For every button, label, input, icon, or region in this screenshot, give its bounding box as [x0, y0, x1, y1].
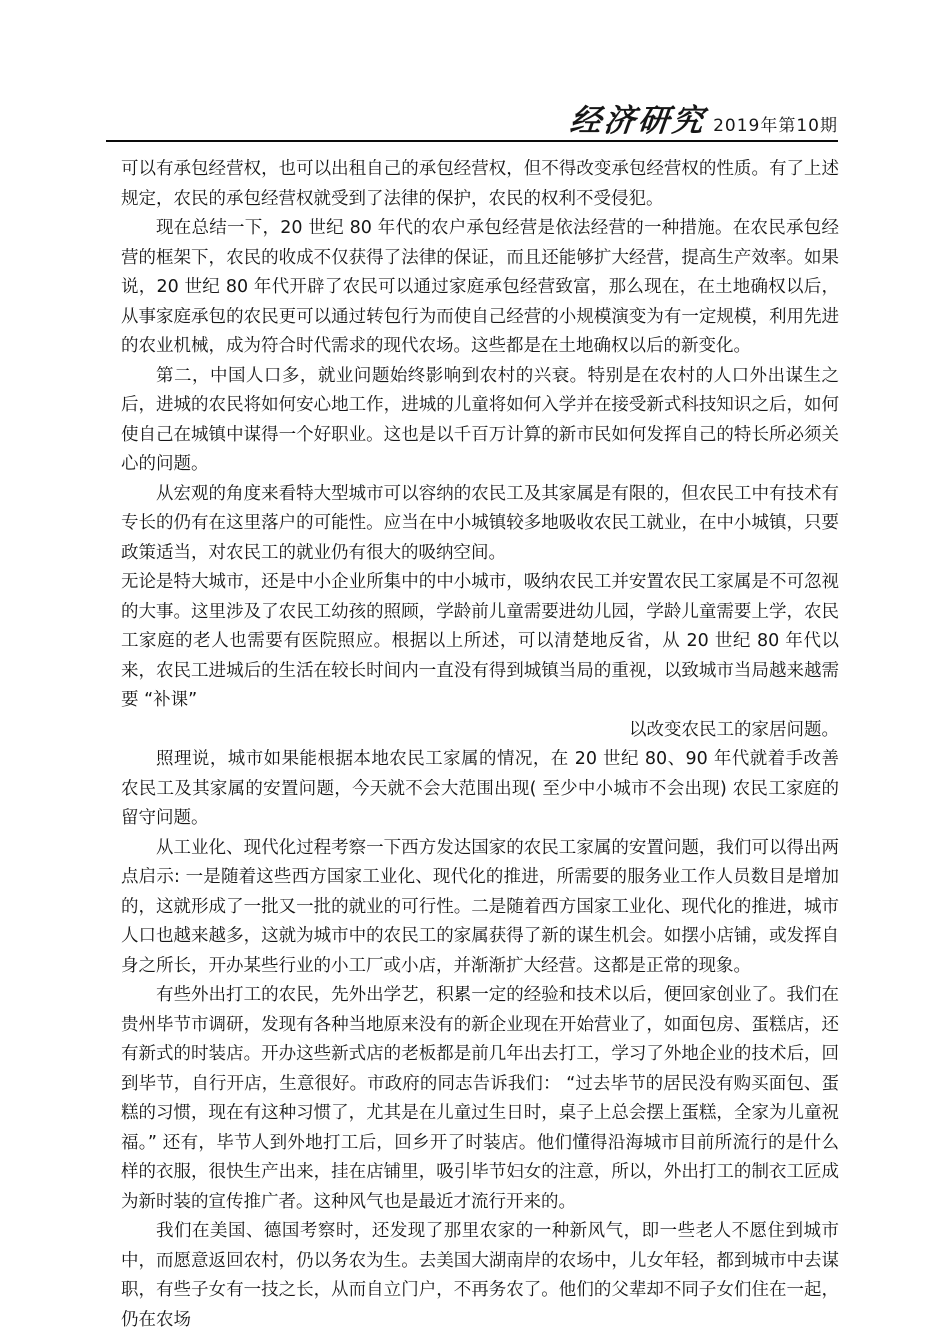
paragraph: 无论是特大城市，还是中小企业所集中的中小城市，吸纳农民工并安置农民工家属是不可忽… — [121, 568, 839, 716]
paragraph: 从工业化、现代化过程考察一下西方发达国家的农民工家属的安置问题，我们可以得出两点… — [121, 834, 839, 982]
issue-label: 2019年第10期 — [713, 118, 838, 137]
document-page: 经济研究 2019年第10期 可以有承包经营权，也可以出租自己的承包经营权，但不… — [0, 0, 950, 1344]
paragraph: 可以有承包经营权，也可以出租自己的承包经营权，但不得改变承包经营权的性质。有了上… — [121, 155, 839, 214]
paragraph: 第二，中国人口多，就业问题始终影响到农村的兴衰。特别是在农村的人口外出谋生之后，… — [121, 362, 839, 480]
paragraph: 从宏观的角度来看特大型城市可以容纳的农民工及其家属是有限的，但农民工中有技术有专… — [121, 480, 839, 569]
paragraph: 现在总结一下，20 世纪 80 年代的农户承包经营是依法经营的一种措施。在农民承… — [121, 214, 839, 362]
article-body: 可以有承包经营权，也可以出租自己的承包经营权，但不得改变承包经营权的性质。有了上… — [121, 155, 839, 1335]
page-header: 经济研究 2019年第10期 — [106, 96, 838, 142]
paragraph: 照理说，城市如果能根据本地农民工家属的情况，在 20 世纪 80、90 年代就着… — [121, 745, 839, 834]
journal-logo: 经济研究 — [568, 106, 707, 137]
paragraph-tail: 以改变农民工的家居问题。 — [121, 716, 839, 746]
paragraph: 有些外出打工的农民，先外出学艺，积累一定的经验和技术以后，便回家创业了。我们在贵… — [121, 981, 839, 1217]
paragraph: 我们在美国、德国考察时，还发现了那里农家的一种新风气，即一些老人不愿住到城市中，… — [121, 1217, 839, 1335]
